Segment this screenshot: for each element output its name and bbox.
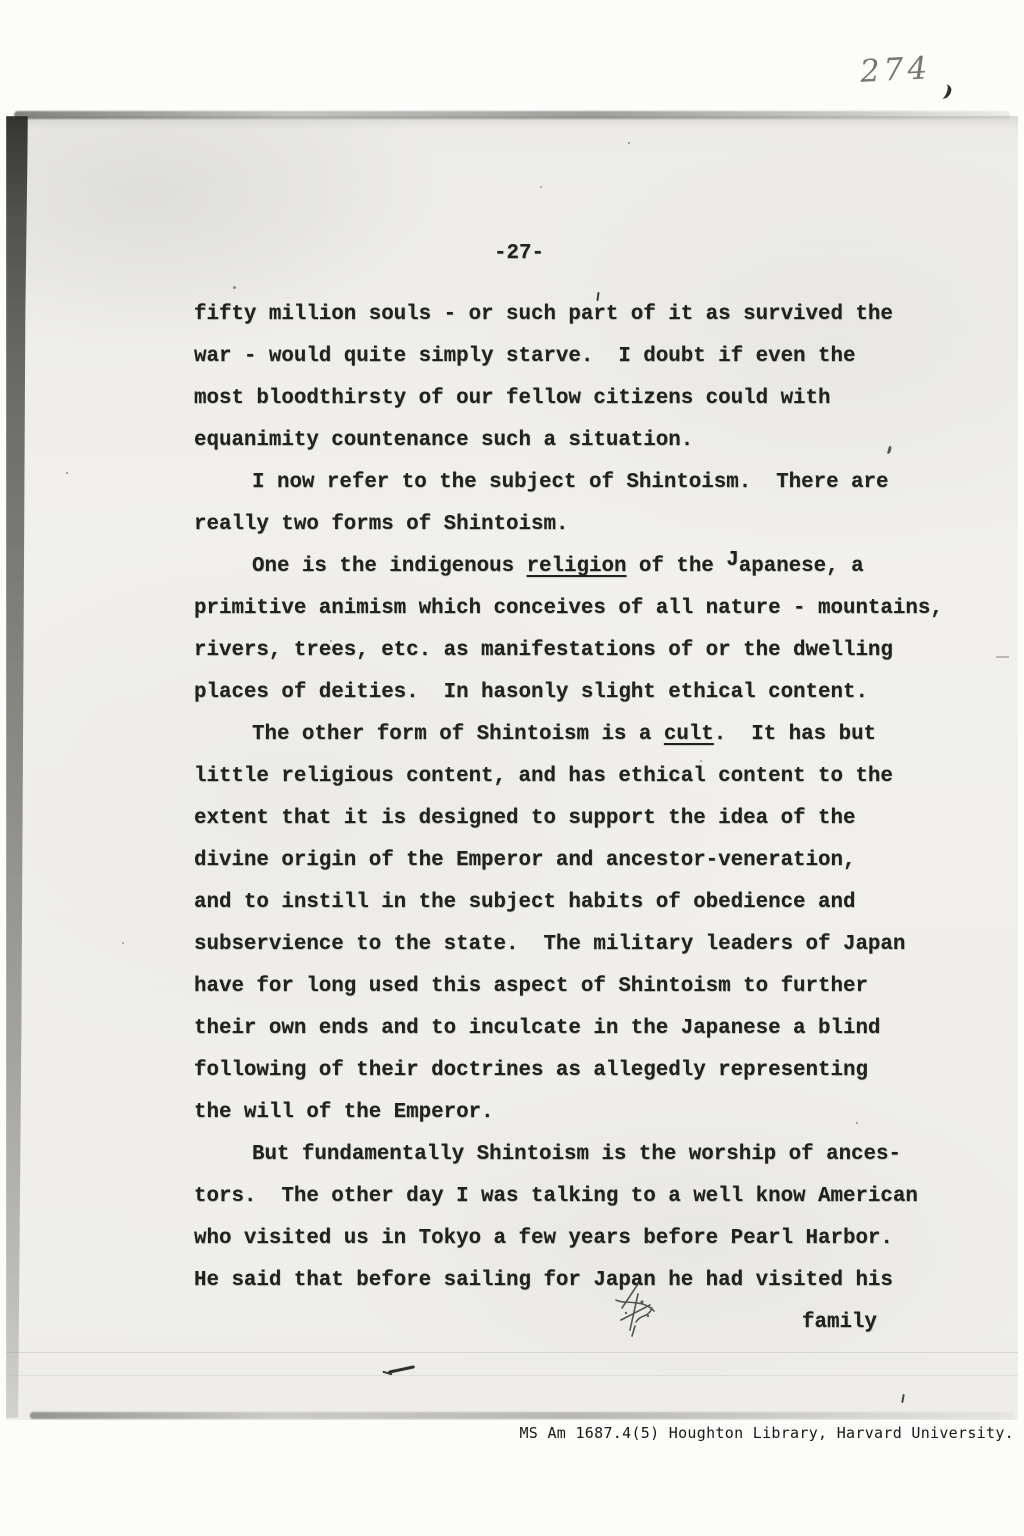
- text-segment: divine origin of the Emperor and ancesto…: [194, 849, 855, 872]
- text-segment: war - would quite simply starve. I doubt…: [194, 345, 855, 368]
- typed-line: have for long used this aspect of Shinto…: [194, 966, 984, 1008]
- text-segment: places of deities. In hasonly slight eth…: [194, 681, 868, 704]
- text-segment: who visited us in Tokyo a few years befo…: [194, 1227, 893, 1250]
- text-segment: most bloodthirsty of our fellow citizens…: [194, 387, 831, 410]
- typed-line: equanimity countenance such a situation.: [194, 420, 984, 462]
- typed-line: family: [194, 1302, 984, 1344]
- typed-line: following of their doctrines as allegedl…: [194, 1050, 984, 1092]
- scan-speck: [233, 286, 236, 289]
- text-segment: primitive animism which conceives of all…: [194, 597, 943, 620]
- text-segment: and to instill in the subject habits of …: [194, 891, 855, 914]
- scan-speck: [700, 760, 702, 762]
- text-segment: rivers, trees, etc. as manifestations of…: [194, 639, 893, 662]
- typed-line: One is the indigenous religion of the Ja…: [194, 546, 984, 588]
- typed-line: who visited us in Tokyo a few years befo…: [194, 1218, 984, 1260]
- typed-line: subservience to the state. The military …: [194, 924, 984, 966]
- text-segment: subservience to the state. The military …: [194, 933, 905, 956]
- typed-line: I now refer to the subject of Shintoism.…: [194, 462, 984, 504]
- stray-ink-hook-mark: [936, 83, 952, 101]
- typed-line: But fundamentally Shintoism is the worsh…: [194, 1134, 984, 1176]
- typed-line: divine origin of the Emperor and ancesto…: [194, 840, 984, 882]
- scan-speck: [66, 472, 68, 474]
- scan-speck: [122, 942, 124, 944]
- typed-text: fifty million souls - or such part of it…: [194, 294, 984, 1344]
- text-segment: tors. The other day I was talking to a w…: [194, 1185, 918, 1208]
- ink-smudge-mark: [608, 1278, 666, 1340]
- scanned-document: 274 -27- fifty million souls - or such p…: [0, 0, 1024, 1536]
- page-top-edge-shadow: [14, 111, 1010, 119]
- text-segment: fifty million souls - or such part of it…: [194, 303, 893, 326]
- scan-speck: [628, 142, 630, 144]
- text-segment: J: [726, 549, 738, 572]
- handwritten-folio-number: 274: [859, 50, 932, 90]
- text-segment: really two forms of Shintoism.: [194, 513, 568, 536]
- text-segment: the will of the Emperor.: [194, 1101, 494, 1124]
- text-segment: equanimity countenance such a situation.: [194, 429, 693, 452]
- scan-speck: [856, 1122, 858, 1124]
- typed-line: their own ends and to inculcate in the J…: [194, 1008, 984, 1050]
- text-segment: I now refer to the subject of Shintoism.…: [252, 471, 889, 494]
- text-segment: following of their doctrines as allegedl…: [194, 1059, 868, 1082]
- text-segment: family: [802, 1311, 877, 1334]
- text-segment: One is the indigenous: [252, 555, 527, 578]
- typed-line: fifty million souls - or such part of it…: [194, 294, 984, 336]
- typed-line: war - would quite simply starve. I doubt…: [194, 336, 984, 378]
- page-number: -27-: [464, 242, 574, 265]
- scan-fold-line: [6, 1352, 1018, 1353]
- text-segment: . It has but: [714, 723, 876, 746]
- scan-speck: [330, 640, 332, 642]
- typed-line: rivers, trees, etc. as manifestations of…: [194, 630, 984, 672]
- typed-line: most bloodthirsty of our fellow citizens…: [194, 378, 984, 420]
- document-page: -27- fifty million souls - or such part …: [6, 116, 1018, 1420]
- library-credit-line: MS Am 1687.4(5) Houghton Library, Harvar…: [519, 1424, 1014, 1442]
- page-left-binding-shadow: [6, 116, 28, 1418]
- page-bottom-edge-shadow: [30, 1412, 1014, 1419]
- margin-dash-mark: [996, 656, 1009, 658]
- typed-line: He said that before sailing for Japan he…: [194, 1260, 984, 1302]
- typed-line: the will of the Emperor.: [194, 1092, 984, 1134]
- scan-speck: [540, 186, 542, 188]
- scan-fold-line: [6, 1375, 1018, 1376]
- text-segment: little religious content, and has ethica…: [194, 765, 893, 788]
- text-segment: The other form of Shintoism is a: [252, 723, 664, 746]
- text-segment: their own ends and to inculcate in the J…: [194, 1017, 880, 1040]
- typed-line: places of deities. In hasonly slight eth…: [194, 672, 984, 714]
- text-segment: apanese, a: [739, 555, 864, 578]
- text-segment: But fundamentally Shintoism is the worsh…: [252, 1143, 901, 1166]
- text-segment: extent that it is designed to support th…: [194, 807, 855, 830]
- typed-line: extent that it is designed to support th…: [194, 798, 984, 840]
- underlined-word: religion: [527, 555, 627, 578]
- typed-line: little religious content, and has ethica…: [194, 756, 984, 798]
- typed-line: primitive animism which conceives of all…: [194, 588, 984, 630]
- typed-line: really two forms of Shintoism.: [194, 504, 984, 546]
- underlined-word: cult: [664, 723, 714, 746]
- typed-line: and to instill in the subject habits of …: [194, 882, 984, 924]
- text-segment: of the: [626, 555, 726, 578]
- text-segment: have for long used this aspect of Shinto…: [194, 975, 868, 998]
- typed-line: The other form of Shintoism is a cult. I…: [194, 714, 984, 756]
- typed-line: tors. The other day I was talking to a w…: [194, 1176, 984, 1218]
- text-segment: He said that before sailing for Japan he…: [194, 1269, 893, 1292]
